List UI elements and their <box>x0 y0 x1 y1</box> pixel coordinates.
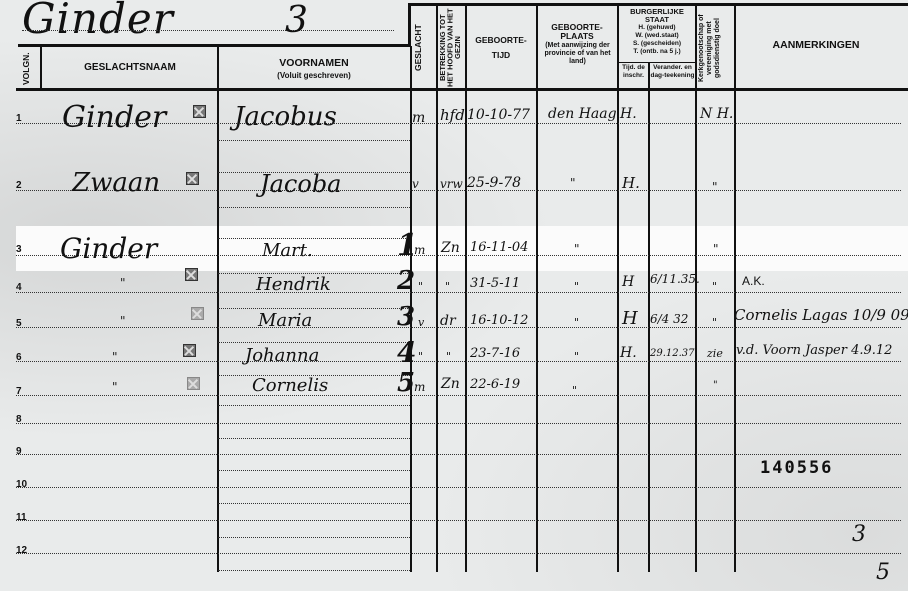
civil-state-cell: H <box>622 274 634 290</box>
header-burgerlijke-staat: BURGERLIJKE STAAT <box>619 8 695 24</box>
surname-cell: " <box>112 380 118 394</box>
relation-cell: vrw <box>440 177 463 191</box>
remarks-cell: Cornelis Lagas 10/9 09 <box>734 306 908 324</box>
header-voornamen-sub: (Voluit geschreven) <box>220 71 408 81</box>
given-name-cell: Johanna <box>245 345 319 366</box>
header-bs-t: T. (ontb. na 5 j.) <box>619 48 695 56</box>
bs-subheader-rule <box>618 62 696 63</box>
row-number: 6 <box>16 352 22 363</box>
birth-date-cell: 25-9-78 <box>467 175 521 191</box>
header-geboortetijd-1: GEBOORTE- <box>467 35 535 45</box>
birth-place-cell: " <box>572 384 577 397</box>
birth-date-cell: 16-11-04 <box>470 240 528 255</box>
row-number: 11 <box>16 512 27 523</box>
relation-cell: Zn <box>441 240 460 256</box>
header-geboorteplaats-sub: (Met aanwijzing der provincie of van het… <box>540 42 615 66</box>
birth-place-cell: " <box>574 316 579 329</box>
col-rule-voornamen <box>217 46 219 572</box>
row-number: 8 <box>16 414 22 425</box>
civil-state-cell: H. <box>620 345 637 361</box>
relation-cell: dr <box>440 313 456 329</box>
given-name-cell: Cornelis <box>252 375 328 396</box>
given-name-sub-line <box>218 140 410 141</box>
given-name-sub-line <box>218 570 410 571</box>
birth-date-cell: 23-7-16 <box>470 346 520 361</box>
given-name-sub-line <box>218 503 410 504</box>
given-name-sub-line <box>218 308 410 309</box>
header-voornamen: VOORNAMEN <box>220 58 408 68</box>
relation-cell: Zn <box>441 376 460 392</box>
sex-cell: " <box>418 350 423 363</box>
religion-cell: " <box>713 242 719 256</box>
sex-cell: m <box>414 243 425 257</box>
header-geboortetijd-2: TIJD <box>467 50 535 60</box>
birth-place-cell: " <box>570 176 576 190</box>
row-number: 2 <box>16 180 22 191</box>
header-aanmerkingen: AANMERKINGEN <box>736 40 896 50</box>
given-name-cell: Jacoba <box>260 170 342 198</box>
surname-cell: " <box>120 276 126 290</box>
given-name-sub-line <box>218 537 410 538</box>
row-number: 10 <box>16 479 27 490</box>
given-name-sub-line <box>218 470 410 471</box>
given-name-cell: Maria <box>258 310 312 331</box>
row-dotted-line <box>16 327 901 328</box>
sex-cell: m <box>414 380 425 394</box>
sex-cell: v <box>412 177 419 191</box>
row-dotted-line <box>16 423 901 424</box>
remarks-cell: A.K. <box>742 274 765 288</box>
relation-cell: hfd <box>440 106 465 124</box>
header-geslacht: GESLACHT <box>414 10 432 86</box>
surname-cell: " <box>120 314 126 328</box>
row-number: 12 <box>16 545 27 556</box>
family-name-title: Ginder <box>22 0 174 43</box>
civil-change-cell: 6/4 32 <box>650 312 688 326</box>
civil-state-cell: H <box>622 308 638 329</box>
civil-state-cell: H. <box>620 106 637 122</box>
given-name-cell: Mart. <box>262 240 313 261</box>
sex-cell: " <box>418 280 423 293</box>
card-number: 3 <box>285 0 308 41</box>
surname-cell: " <box>112 350 118 364</box>
checkbox-stamp-icon <box>185 268 198 281</box>
religion-cell: " <box>712 180 718 194</box>
header-volgnr: VOLGN. <box>22 52 36 86</box>
order-number-cell: 5 <box>397 368 415 398</box>
header-step-rule <box>408 3 411 47</box>
birth-place-cell: " <box>574 280 579 293</box>
header-bs-h: H. (gehuwd) <box>619 24 695 32</box>
given-name-sub-line <box>218 438 410 439</box>
header-bottom-rule <box>16 88 908 91</box>
corner-mark: 5 <box>876 560 890 585</box>
row-number: 1 <box>16 113 22 124</box>
row-number: 4 <box>16 282 22 293</box>
religion-cell: N H. <box>700 106 733 122</box>
checkbox-stamp-icon <box>193 105 206 118</box>
religion-cell: zie <box>707 347 723 360</box>
relation-cell: " <box>446 350 451 363</box>
birth-place-cell: " <box>574 242 580 256</box>
sex-cell: m <box>412 110 425 126</box>
row-dotted-line <box>16 454 901 455</box>
order-number-cell: 2 <box>397 266 415 296</box>
row-dotted-line <box>16 520 901 521</box>
row-number: 9 <box>16 446 22 457</box>
given-name-sub-line <box>218 405 410 406</box>
header-geboorteplaats-2: PLAATS <box>538 31 616 41</box>
row-number: 5 <box>16 318 22 329</box>
birth-date-cell: 10-10-77 <box>467 107 530 123</box>
civil-change-cell: 6/11.35. <box>650 272 700 286</box>
header-bs-w: W. (wed.staat) <box>619 32 695 40</box>
civil-change-cell: 29.12.37 <box>650 348 695 359</box>
population-register-card: Ginder 3 VOLGN. GESLACHTSNAAM VOORNAMEN … <box>0 0 908 591</box>
birth-place-cell: " <box>574 350 579 363</box>
civil-state-cell: H. <box>622 174 640 192</box>
order-number-cell: 3 <box>397 302 415 332</box>
title-dotted-line <box>22 30 394 31</box>
header-geslachtsnaam: GESLACHTSNAAM <box>45 63 215 73</box>
religion-cell: " <box>712 280 717 293</box>
header-bs-verander: Verander. en dag-teekening <box>650 64 695 79</box>
given-name-sub-line <box>218 207 410 208</box>
surname-cell: Ginder <box>62 100 166 135</box>
surname-cell: Zwaan <box>72 168 160 198</box>
given-name-sub-line <box>218 238 410 239</box>
given-name-cell: Hendrik <box>256 274 331 295</box>
header-top-rule-left <box>18 44 410 47</box>
birth-date-cell: 16-10-12 <box>470 313 528 328</box>
row-dotted-line <box>16 395 901 396</box>
remarks-cell: v.d. Voorn Jasper 4.9.12 <box>736 343 892 358</box>
row-dotted-line <box>16 553 901 554</box>
relation-cell: " <box>445 280 450 293</box>
checkbox-stamp-icon <box>187 377 200 390</box>
surname-cell: Ginder <box>60 232 157 265</box>
archive-stamp-number: 140556 <box>760 458 833 478</box>
sex-cell: v <box>418 316 424 329</box>
given-name-cell: Jacobus <box>234 102 337 132</box>
header-top-rule-right <box>408 3 908 6</box>
order-number-cell: 4 <box>397 336 416 369</box>
birth-date-cell: 22-6-19 <box>470 377 520 392</box>
row-number: 3 <box>16 244 22 255</box>
header-bs-tijd: Tijd. de inschr. <box>619 64 648 79</box>
checkbox-stamp-icon <box>183 344 196 357</box>
row-number: 7 <box>16 386 22 397</box>
checkbox-stamp-icon <box>191 307 204 320</box>
row-dotted-line <box>16 361 901 362</box>
col-rule-volgnr <box>40 46 42 89</box>
header-kerkgenootschap: Kerkgenootschap of vereeniging met godsd… <box>698 8 732 88</box>
given-name-sub-line <box>218 342 410 343</box>
religion-cell: " <box>713 380 718 391</box>
corner-mark: 3 <box>852 522 866 547</box>
birth-date-cell: 31-5-11 <box>470 276 520 291</box>
header-betrekking: BETREKKING TOT HET HOOFD VAN HET GEZIN <box>439 8 463 88</box>
row-dotted-line <box>16 292 901 293</box>
header-bs-s: S. (gescheiden) <box>619 40 695 48</box>
checkbox-stamp-icon <box>186 172 199 185</box>
birth-place-cell: den Haag <box>548 106 617 122</box>
religion-cell: " <box>712 316 717 329</box>
row-dotted-line <box>16 487 901 488</box>
